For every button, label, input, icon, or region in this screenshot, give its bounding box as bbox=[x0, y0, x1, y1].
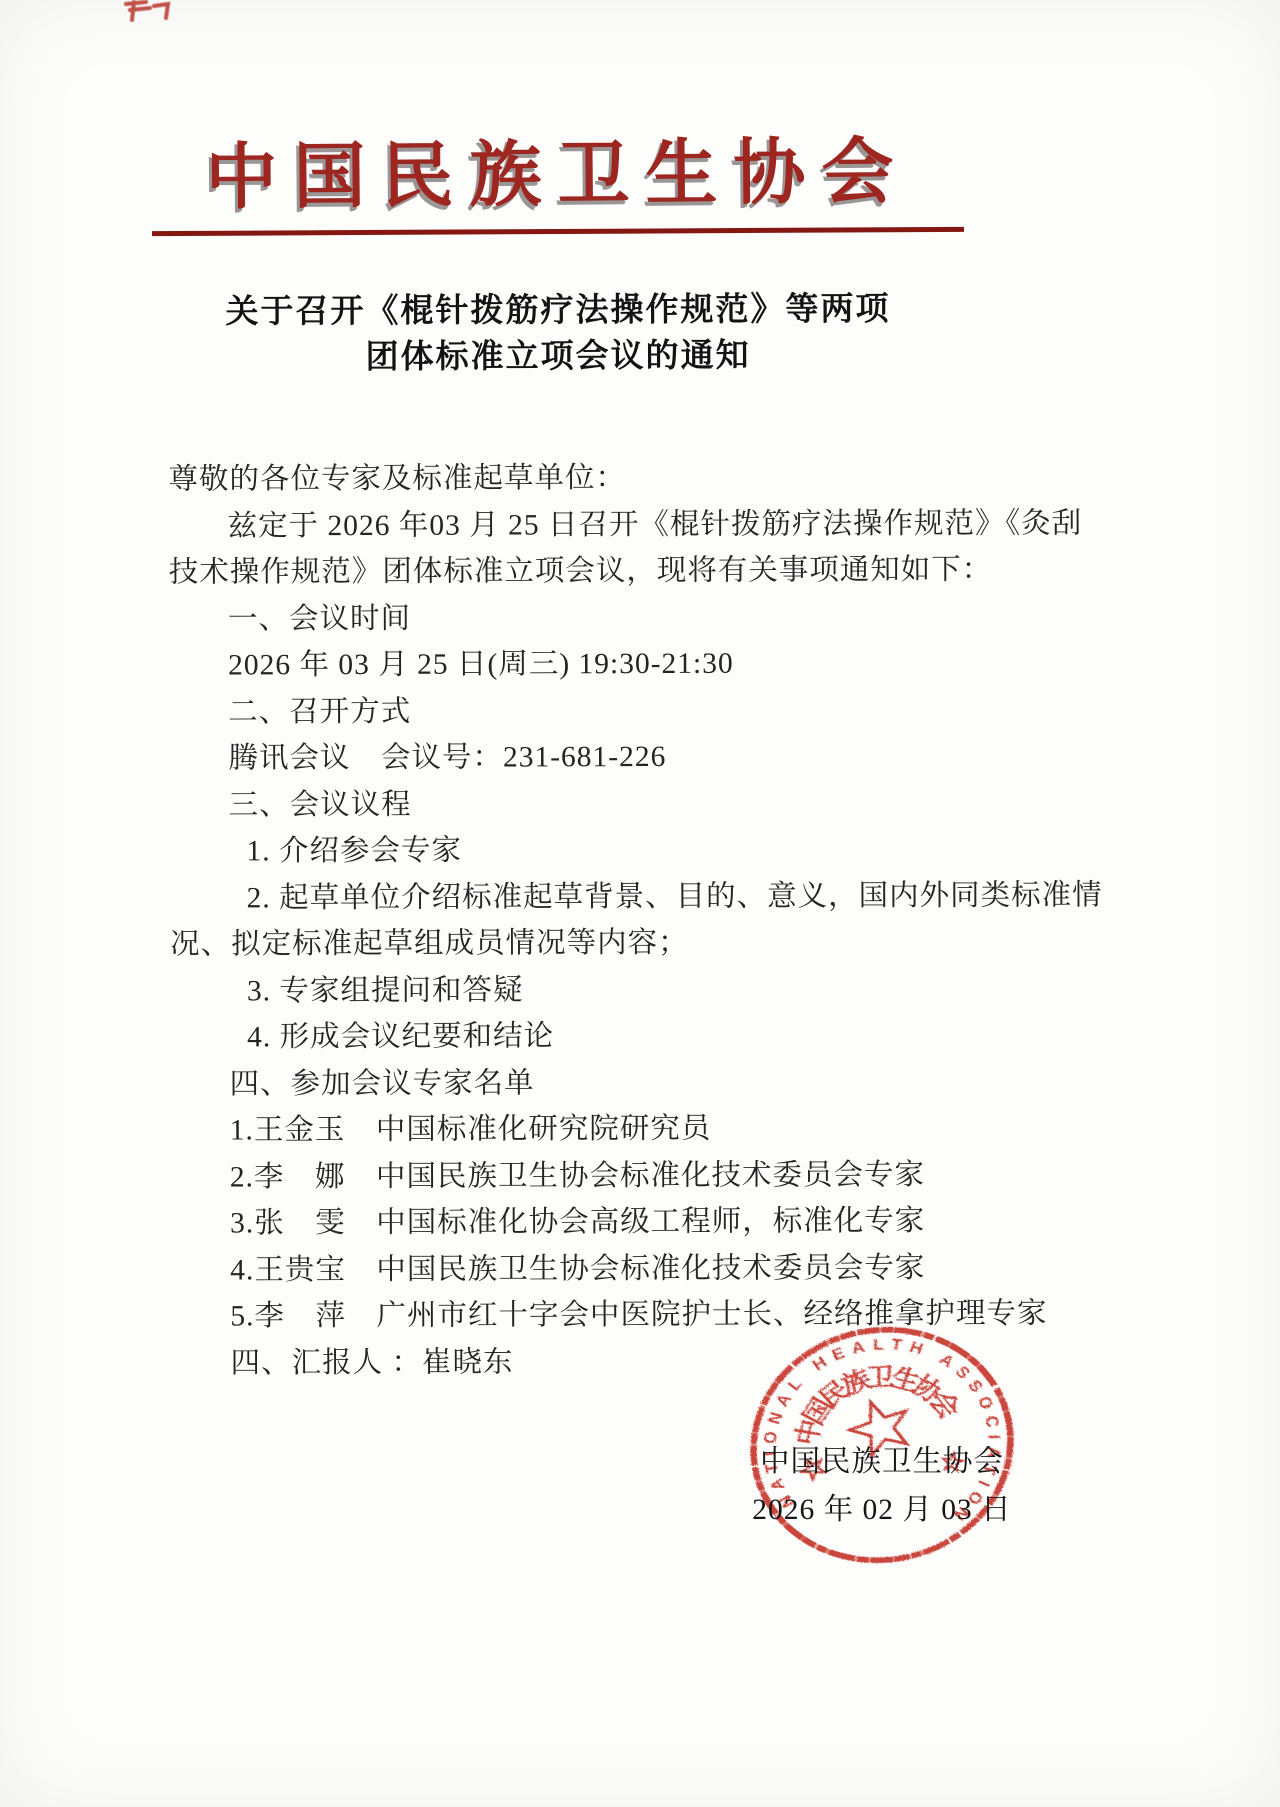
body-line: 四、参加会议专家名单 bbox=[170, 1058, 1130, 1108]
letterhead-rule bbox=[152, 227, 964, 236]
body-line: 况、拟定标准起草组成员情况等内容； bbox=[170, 918, 1130, 968]
body-line: 二、召开方式 bbox=[169, 686, 1129, 736]
signature-org: 中国民族卫生协会 bbox=[724, 1438, 1040, 1486]
signature-block: 中国民族卫生协会 2026 年 02 月 03 日 bbox=[724, 1438, 1040, 1534]
body-line: 三、会议议程 bbox=[170, 779, 1130, 829]
body-line: 4.王贵宝 中国民族卫生协会标准化技术委员会专家 bbox=[171, 1244, 1131, 1294]
document-body: 尊敬的各位专家及标准起草单位：兹定于 2026 年03 月 25 日召开《棍针拨… bbox=[168, 453, 1131, 1386]
body-line: 1.王金玉 中国标准化研究院研究员 bbox=[171, 1104, 1131, 1154]
document-title-line2: 团体标准立项会议的通知 bbox=[152, 332, 964, 382]
body-line: 3.张 雯 中国标准化协会高级工程师，标准化专家 bbox=[171, 1197, 1131, 1247]
document-title: 关于召开《棍针拨筋疗法操作规范》等两项 团体标准立项会议的通知 bbox=[152, 286, 964, 382]
signature-date: 2026 年 02 月 03 日 bbox=[724, 1486, 1040, 1534]
body-line: 2.李 娜 中国民族卫生协会标准化技术委员会专家 bbox=[171, 1151, 1131, 1201]
body-line: 2026 年 03 月 25 日(周三) 19:30-21:30 bbox=[169, 639, 1129, 689]
body-line: 一、会议时间 bbox=[169, 593, 1129, 643]
body-line: 腾讯会议 会议号：231-681-226 bbox=[169, 732, 1129, 782]
body-line: 3. 专家组提问和答疑 bbox=[170, 965, 1130, 1015]
body-line: 4. 形成会议纪要和结论 bbox=[170, 1011, 1130, 1061]
body-line: 2. 起草单位介绍标准起草背景、目的、意义，国内外同类标准情 bbox=[170, 872, 1130, 922]
body-line: 技术操作规范》团体标准立项会议，现将有关事项通知如下： bbox=[169, 546, 1129, 596]
document-page: 中国民族卫生协会 关于召开《棍针拨筋疗法操作规范》等两项 团体标准立项会议的通知… bbox=[0, 0, 1280, 1807]
body-line: 尊敬的各位专家及标准起草单位： bbox=[168, 453, 1128, 503]
scan-artifact bbox=[120, 0, 172, 34]
body-line: 1. 介绍参会专家 bbox=[170, 825, 1130, 875]
letterhead-org-name: 中国民族卫生协会 bbox=[150, 132, 966, 218]
document-title-line1: 关于召开《棍针拨筋疗法操作规范》等两项 bbox=[152, 286, 964, 336]
body-line: 兹定于 2026 年03 月 25 日召开《棍针拨筋疗法操作规范》《灸刮 bbox=[169, 500, 1129, 550]
